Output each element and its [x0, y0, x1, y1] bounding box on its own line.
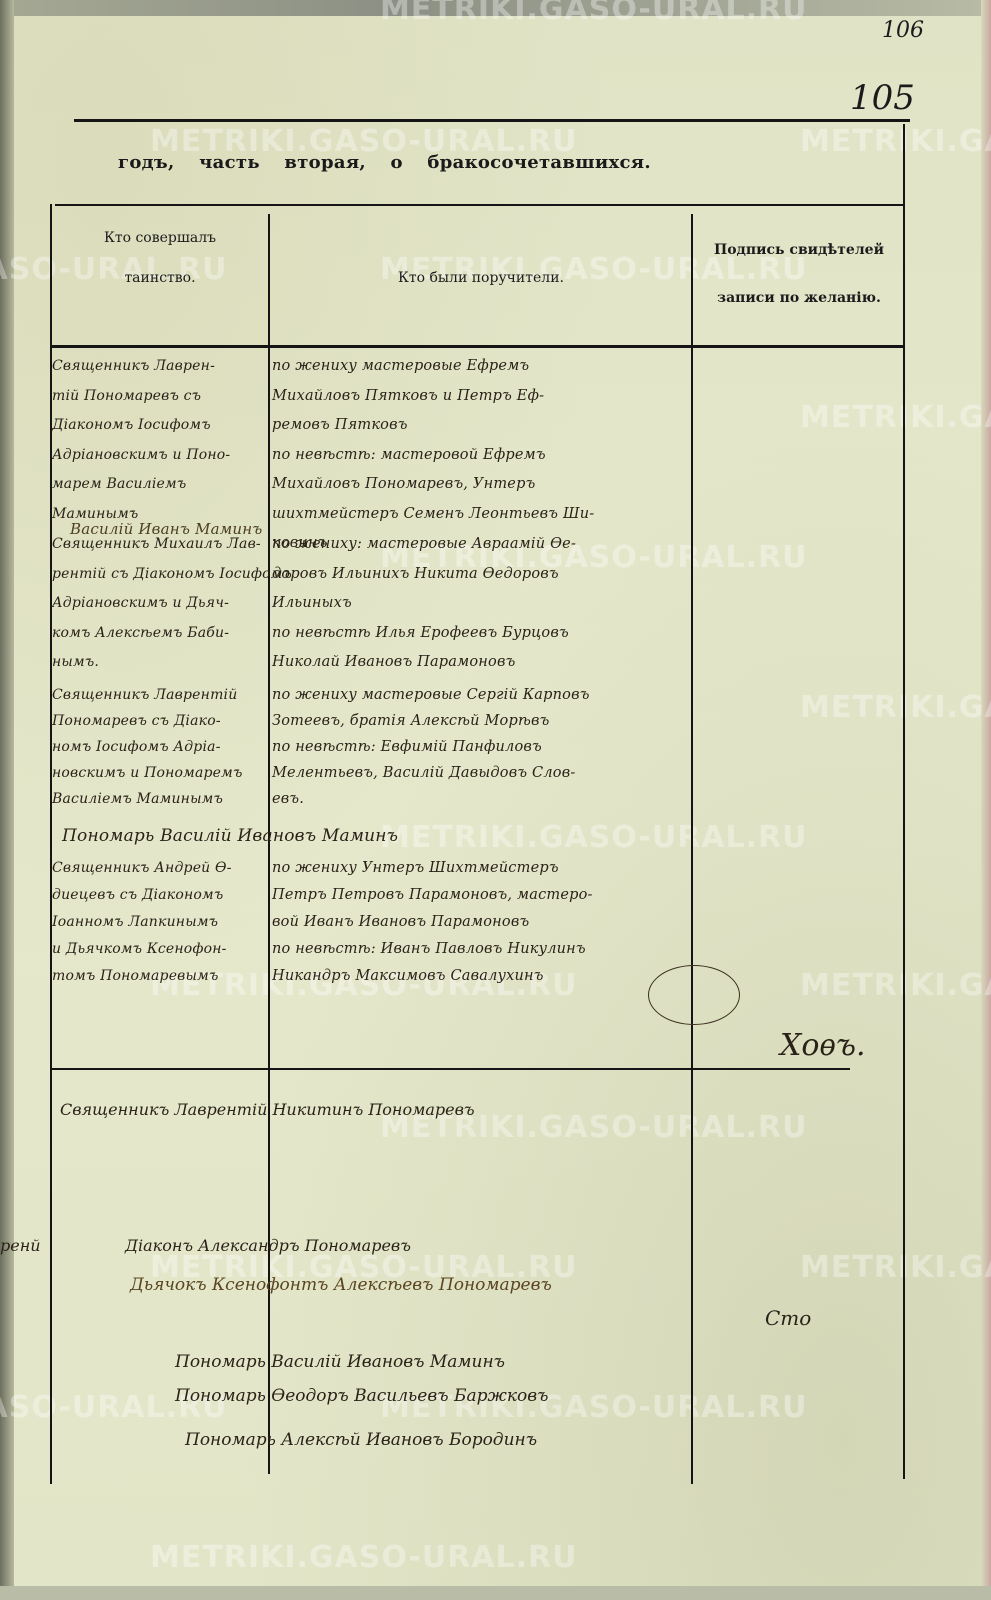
folio-number-top: 106 — [882, 18, 924, 43]
signature-sexton: Дьячокъ Ксенофонтъ Алексѣевъ Пономаревъ — [130, 1275, 552, 1295]
entry-1-officiant: Священникъ Лаврен- тій Пономаревъ съ Діа… — [52, 352, 230, 529]
signature-ponomar-1: Пономарь Василій Ивановъ Маминъ — [175, 1352, 505, 1372]
page-right-edge — [981, 0, 991, 1600]
entry-2-officiant: Священникъ Михаилъ Лав- рентій съ Діакон… — [52, 530, 292, 678]
page-bottom-edge — [0, 1586, 991, 1600]
column-header-witness-signature: Подпись свидѣтелей записи по желанію. — [694, 226, 904, 322]
column-header-sureties: Кто были поручители. — [272, 258, 690, 298]
signature-priest: Священникъ Лаврентій Никитинъ Пономаревъ — [60, 1100, 475, 1119]
watermark: METRIKI.GASO-URAL.RU — [800, 124, 991, 159]
entry-3-sureties: по жениху мастеровые Сергій Карповъ Зоте… — [272, 682, 590, 812]
register-page: METRIKI.GASO-URAL.RU METRIKI.GASO-URAL.R… — [0, 0, 991, 1600]
left-fragment: ренй — [0, 1236, 41, 1255]
top-rule — [74, 119, 910, 122]
page-title: годъ, часть вторая, о бракосочетавшихся. — [118, 152, 651, 173]
entries-bottom-rule — [50, 1068, 850, 1070]
column-header-officiant: Кто совершалъ таинство. — [55, 218, 265, 298]
margin-note: Хоѳъ. — [780, 1028, 866, 1063]
entry-4-officiant: Священникъ Андрей Ѳ- диецевъ съ Діаконом… — [52, 855, 232, 990]
watermark: METRIKI.GASO-URAL.RU — [800, 400, 991, 435]
book-binding — [0, 0, 14, 1600]
entry-3-officiant: Священникъ Лаврентій Пономаревъ съ Діако… — [52, 682, 243, 812]
header-bottom-border — [50, 345, 905, 348]
folio-number-stamped: 105 — [850, 78, 915, 118]
entry-1-sureties: по жениху мастеровые Ефремъ Михайловъ Пя… — [272, 352, 594, 559]
entry-4-sureties: по жениху Унтеръ Шихтмейстеръ Петръ Петр… — [272, 855, 593, 990]
table-right-border — [903, 124, 905, 1479]
signature-deacon: Діаконъ Александръ Пономаревъ — [125, 1236, 411, 1255]
table-top-border — [55, 204, 905, 206]
entry-2-sureties: по жениху: мастеровые Авраамій Ѳе- доров… — [272, 530, 576, 678]
watermark: METRIKI.GASO-URAL.RU — [800, 690, 991, 725]
column-divider-2 — [691, 214, 693, 1484]
watermark: METRIKI.GASO-URAL.RU — [380, 0, 808, 27]
watermark: METRIKI.GASO-URAL.RU — [380, 820, 808, 855]
right-margin-note: Сто — [765, 1306, 811, 1330]
entry-3-signature: Пономарь Василій Ивановъ Маминъ — [62, 822, 398, 852]
watermark: METRIKI.GASO-URAL.RU — [150, 1540, 578, 1575]
signature-ponomar-3: Пономарь Алексѣй Ивановъ Бородинъ — [185, 1430, 537, 1450]
watermark: METRIKI.GASO-URAL.RU — [800, 968, 991, 1003]
signature-ponomar-2: Пономарь Ѳеодоръ Васильевъ Баржковъ — [175, 1386, 548, 1406]
signature-flourish — [648, 965, 740, 1025]
watermark: METRIKI.GASO-URAL.RU — [800, 1250, 991, 1285]
